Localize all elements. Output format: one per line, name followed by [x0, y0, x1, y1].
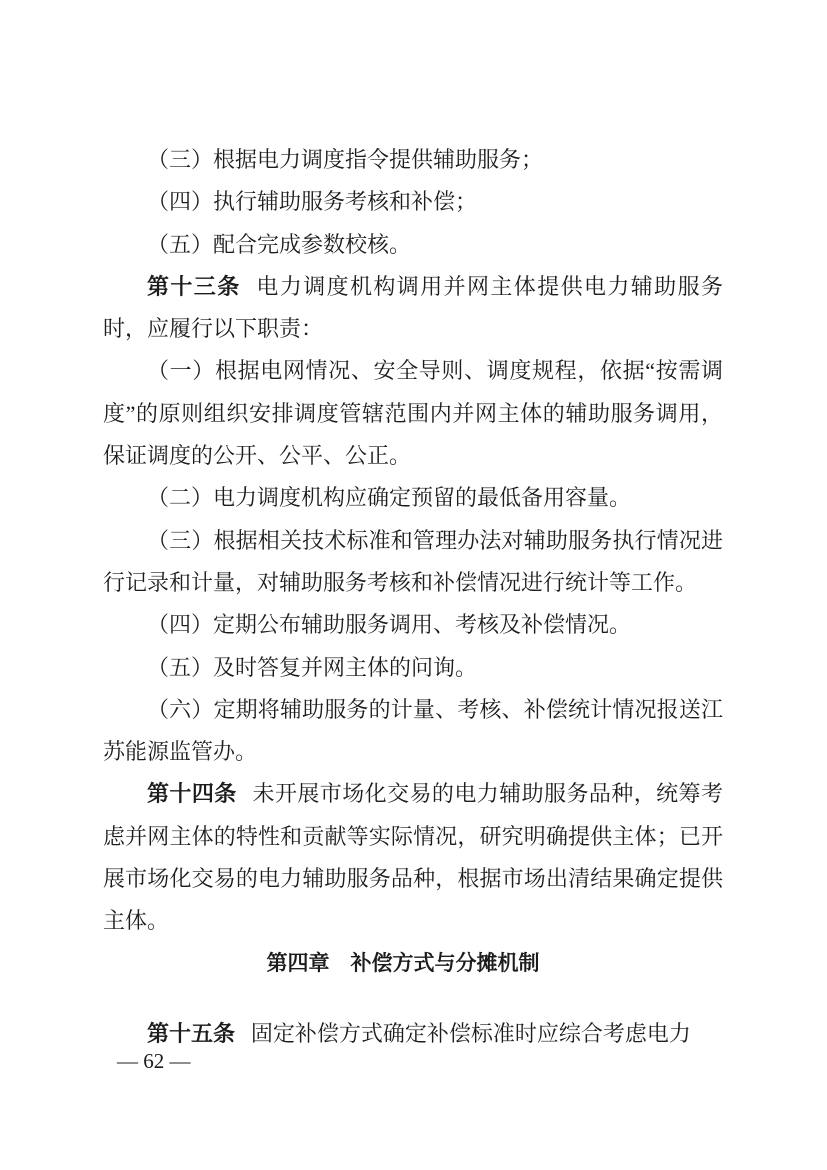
page-number: — 62 — [117, 1047, 191, 1075]
paragraph-text: （三）根据相关技术标准和管理办法对辅助服务执行情况进行记录和计量，对辅助服务考核… [103, 528, 723, 595]
paragraph: （五）及时答复并网主体的问询。 [103, 647, 723, 689]
paragraph: （二）电力调度机构应确定预留的最低备用容量。 [103, 477, 723, 519]
paragraph-text: （六）定期将辅助服务的计量、考核、补偿统计情况报送江苏能源监管办。 [103, 697, 723, 764]
paragraph-text: （四）执行辅助服务考核和补偿； [147, 189, 477, 214]
paragraph: （一）根据电网情况、安全导则、调度规程，依据“按需调度”的原则组织安排调度管辖范… [103, 350, 723, 477]
document-page: （三）根据电力调度指令提供辅助服务； （四）执行辅助服务考核和补偿； （五）配合… [0, 0, 827, 1170]
chapter-title: 补偿方式与分摊机制 [351, 952, 540, 975]
paragraph: 第十四条未开展市场化交易的电力辅助服务品种，统筹考虑并网主体的特性和贡献等实际情… [103, 773, 723, 942]
article-number: 第十三条 [147, 274, 241, 299]
page-content: （三）根据电力调度指令提供辅助服务； （四）执行辅助服务考核和补偿； （五）配合… [103, 139, 723, 1055]
paragraph-text: （二）电力调度机构应确定预留的最低备用容量。 [147, 485, 631, 510]
paragraph-text: （一）根据电网情况、安全导则、调度规程，依据“按需调度”的原则组织安排调度管辖范… [103, 358, 723, 468]
paragraph: （四）定期公布辅助服务调用、考核及补偿情况。 [103, 604, 723, 646]
paragraph: （三）根据电力调度指令提供辅助服务； [103, 139, 723, 181]
paragraph: （六）定期将辅助服务的计量、考核、补偿统计情况报送江苏能源监管办。 [103, 689, 723, 774]
paragraph-text: （五）及时答复并网主体的问询。 [147, 655, 477, 680]
paragraph-text: （五）配合完成参数校核。 [147, 232, 411, 257]
chapter-heading: 第四章补偿方式与分摊机制 [93, 943, 713, 985]
chapter-number: 第四章 [267, 952, 330, 975]
paragraph: （四）执行辅助服务考核和补偿； [103, 181, 723, 223]
paragraph-text: （四）定期公布辅助服务调用、考核及补偿情况。 [147, 612, 631, 637]
paragraph: 第十三条电力调度机构调用并网主体提供电力辅助服务时，应履行以下职责： [103, 266, 723, 351]
paragraph-text: 固定补偿方式确定补偿标准时应综合考虑电力 [251, 1021, 691, 1046]
article-number: 第十四条 [147, 781, 237, 806]
paragraph: （五）配合完成参数校核。 [103, 224, 723, 266]
article-number: 第十五条 [147, 1021, 235, 1046]
paragraph-text: （三）根据电力调度指令提供辅助服务； [147, 147, 543, 172]
paragraph: （三）根据相关技术标准和管理办法对辅助服务执行情况进行记录和计量，对辅助服务考核… [103, 520, 723, 605]
paragraph: 第十五条固定补偿方式确定补偿标准时应综合考虑电力 [103, 1013, 723, 1055]
